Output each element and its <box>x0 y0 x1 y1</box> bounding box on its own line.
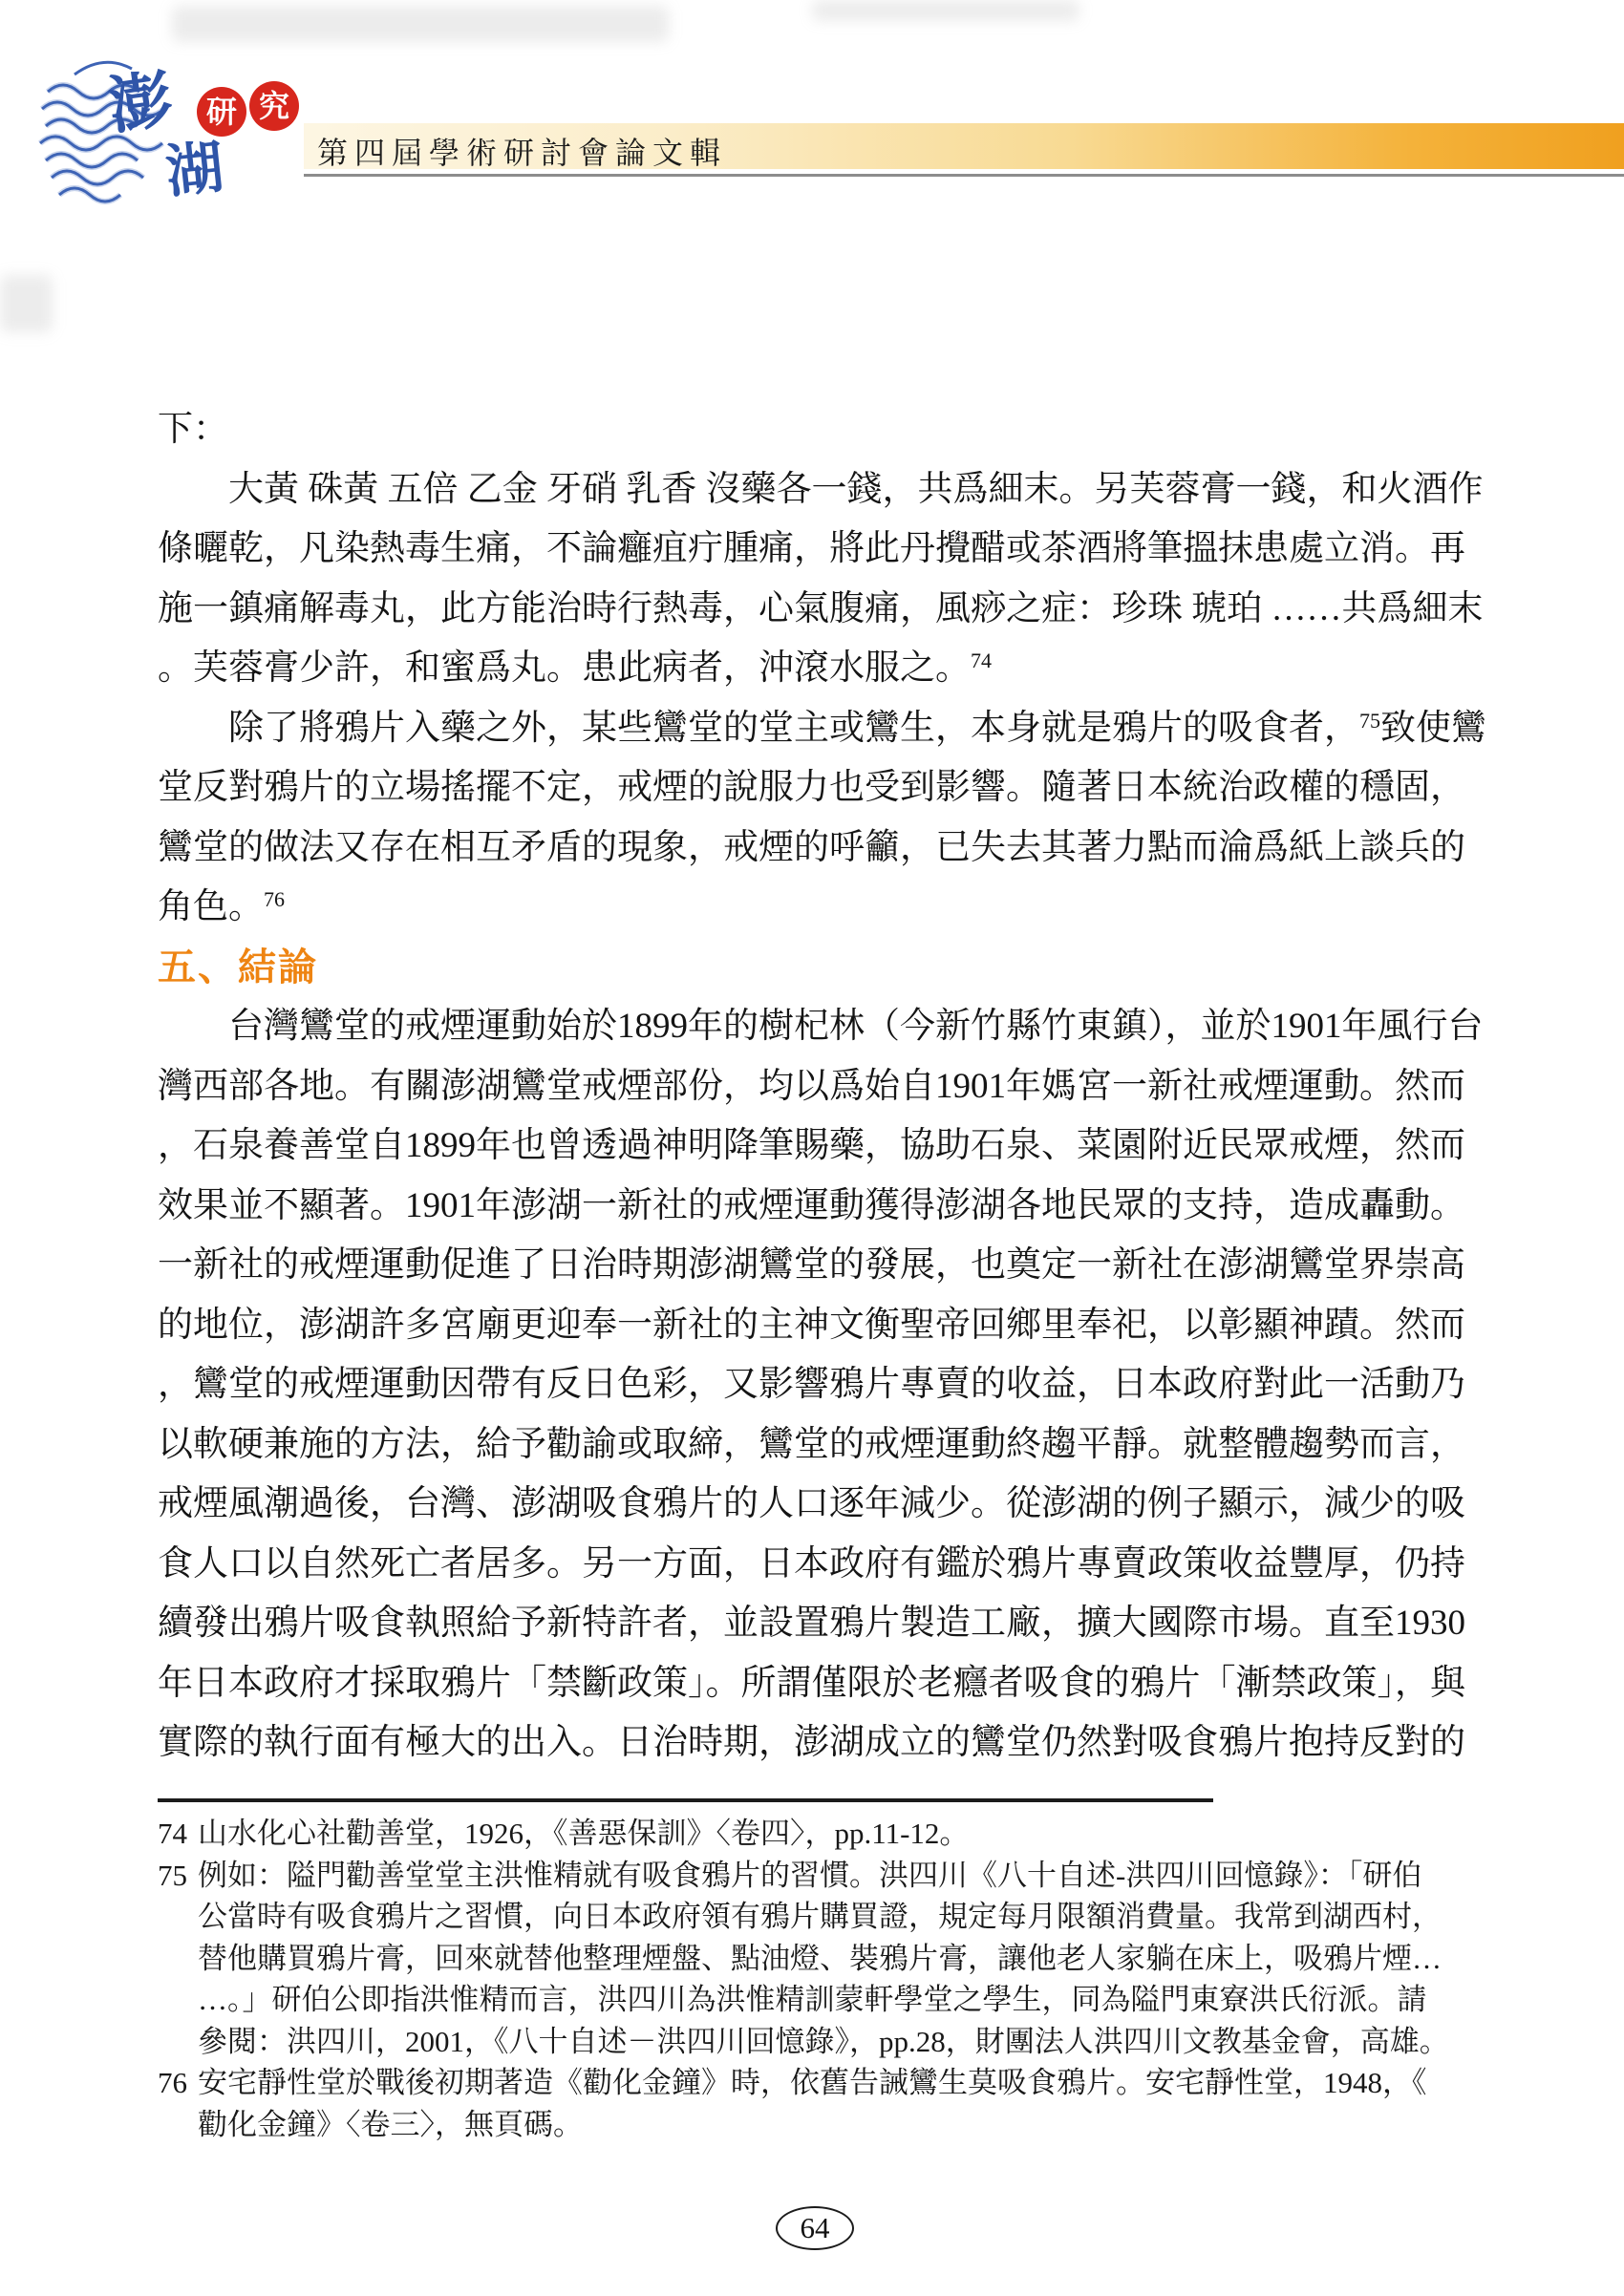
conclusion-line-9: 戒煙風潮過後，台灣、澎湖吸食鴉片的人口逐年減少。從澎湖的例子顯示，減少的吸 <box>158 1475 1481 1535</box>
footnote-76: 76 安宅靜性堂於戰後初期著造《勸化金鐘》時，依舊告誡鸞生莫吸食鴉片。安宅靜性堂… <box>158 2062 1495 2145</box>
paragraph2-line-1: 除了將鴉片入藥之外，某些鸞堂的堂主或鸞生，本身就是鴉片的吸食者，75致使鸞 <box>158 699 1481 759</box>
quote-line-4: 。芙蓉膏少許，和蜜爲丸。患此病者，沖滾水服之。74 <box>158 639 1481 699</box>
footnote-75-number: 75 <box>158 1855 198 2063</box>
paragraph2-line-1-text-b: 致使鸞 <box>1380 709 1486 748</box>
footnote-75-line-3: 替他購買鴉片膏，回來就替他整理煙盤、點油燈、裝鴉片膏，讓他老人家躺在床上，吸鴉片… <box>198 1938 1495 1980</box>
paragraph2-line-3: 鸞堂的做法又存在相互矛盾的現象，戒煙的呼籲，已失去其著力點而淪爲紙上談兵的 <box>158 818 1481 879</box>
logo-char-penghu-1: 澎 <box>104 65 177 142</box>
paragraph2-line-4-text: 角色。 <box>158 887 264 926</box>
footnote-76-line-1: 安宅靜性堂於戰後初期著造《勸化金鐘》時，依舊告誡鸞生莫吸食鴉片。安宅靜性堂，19… <box>198 2062 1495 2104</box>
penghu-research-logo: 澎 湖 研 究 <box>36 36 313 218</box>
logo-badge-yan: 研 <box>206 95 237 129</box>
quote-line-3: 施一鎮痛解毒丸，此方能治時行熱毒，心氣腹痛，風痧之症：珍珠 琥珀 ……共爲細末 <box>158 580 1481 640</box>
proceedings-title: 第四屆學術研討會論文輯 <box>317 129 727 173</box>
footnote-ref-74: 74 <box>971 648 992 672</box>
page-number-oval: 64 <box>776 2206 854 2250</box>
header-underline <box>304 174 1624 177</box>
footnote-75-line-4: …。」研伯公即指洪惟精而言，洪四川為洪惟精訓蒙軒學堂之學生，同為隘門東寮洪氏衍派… <box>198 1979 1495 2021</box>
paragraph2-line-2: 堂反對鴉片的立場搖擺不定，戒煙的說服力也受到影響。隨著日本統治政權的穩固， <box>158 758 1481 818</box>
footnote-76-line-2: 勸化金鐘》〈卷三〉，無頁碼。 <box>198 2104 1495 2146</box>
footnote-75-line-1: 例如：隘門勸善堂堂主洪惟精就有吸食鴉片的習慣。洪四川《八十自述-洪四川回憶錄》：… <box>198 1855 1495 1897</box>
intro-line: 下： <box>158 400 1481 460</box>
footnote-ref-75: 75 <box>1359 709 1380 733</box>
conclusion-line-2: 灣西部各地。有關澎湖鸞堂戒煙部份，均以爲始自1901年媽宮一新社戒煙運動。然而 <box>158 1057 1481 1117</box>
quote-line-2: 條曬乾，凡染熱毒生痛，不論癰疽疔腫痛，將此丹攪醋或茶酒將筆搵抹患處立消。再 <box>158 520 1481 580</box>
conclusion-line-4: 效果並不顯著。1901年澎湖一新社的戒煙運動獲得澎湖各地民眾的支持，造成轟動。 <box>158 1177 1481 1237</box>
footnote-ref-76: 76 <box>264 887 285 911</box>
document-page: 澎 湖 研 究 第四屆學術研討會論文輯 下： 大黃 硃黃 五倍 乙金 牙硝 乳香… <box>0 0 1624 2296</box>
footnote-74-number: 74 <box>158 1813 198 1855</box>
conclusion-line-11: 續發出鴉片吸食執照給予新特許者，並設置鴉片製造工廠，擴大國際市場。直至1930 <box>158 1594 1481 1654</box>
conclusion-line-8: 以軟硬兼施的方法，給予勸諭或取締，鸞堂的戒煙運動終趨平靜。就整體趨勢而言， <box>158 1415 1481 1476</box>
conclusion-line-5: 一新社的戒煙運動促進了日治時期澎湖鸞堂的發展，也奠定一新社在澎湖鸞堂界崇高 <box>158 1236 1481 1296</box>
footnotes-block: 74 山水化心社勸善堂，1926，《善惡保訓》〈卷四〉，pp.11-12。 75… <box>158 1813 1495 2145</box>
paragraph2-line-4: 角色。76 <box>158 878 1481 938</box>
footnote-76-number: 76 <box>158 2062 198 2145</box>
footnote-separator-rule <box>158 1798 1213 1802</box>
footnote-75-line-2: 公當時有吸食鴉片之習慣，向日本政府領有鴉片購買證，規定每月限額消費量。我常到湖西… <box>198 1896 1495 1938</box>
conclusion-line-12: 年日本政府才採取鴉片「禁斷政策」。所謂僅限於老癮者吸食的鴉片「漸禁政策」，與 <box>158 1654 1481 1714</box>
quote-line-4-text: 。芙蓉膏少許，和蜜爲丸。患此病者，沖滾水服之。 <box>158 648 971 688</box>
conclusion-line-13: 實際的執行面有極大的出入。日治時期，澎湖成立的鸞堂仍然對吸食鴉片抱持反對的 <box>158 1713 1481 1774</box>
footnote-74-line-1: 山水化心社勸善堂，1926，《善惡保訓》〈卷四〉，pp.11-12。 <box>198 1813 1495 1855</box>
logo-char-penghu-2: 湖 <box>163 136 227 204</box>
section-heading-conclusion: 五、結論 <box>158 938 1481 998</box>
logo-badge-jiu: 究 <box>259 89 289 123</box>
page-number: 64 <box>801 2211 830 2245</box>
header-banner-bar: 第四屆學術研討會論文輯 <box>304 123 1624 169</box>
conclusion-line-6: 的地位，澎湖許多宮廟更迎奉一新社的主神文衡聖帝回鄉里奉祀，以彰顯神蹟。然而 <box>158 1296 1481 1356</box>
footnote-75: 75 例如：隘門勸善堂堂主洪惟精就有吸食鴉片的習慣。洪四川《八十自述-洪四川回憶… <box>158 1855 1495 2063</box>
footnote-74: 74 山水化心社勸善堂，1926，《善惡保訓》〈卷四〉，pp.11-12。 <box>158 1813 1495 1855</box>
conclusion-line-10: 食人口以自然死亡者居多。另一方面，日本政府有鑑於鴉片專賣政策收益豐厚，仍持 <box>158 1535 1481 1595</box>
conclusion-line-1: 台灣鸞堂的戒煙運動始於1899年的樹杞林（今新竹縣竹東鎮），並於1901年風行台 <box>158 997 1481 1057</box>
scan-artifact <box>0 275 53 332</box>
main-text-column: 下： 大黃 硃黃 五倍 乙金 牙硝 乳香 沒藥各一錢，共爲細末。另芙蓉膏一錢，和… <box>158 400 1481 1774</box>
footnote-75-line-5: 參閱：洪四川，2001，《八十自述－洪四川回憶錄》，pp.28，財團法人洪四川文… <box>198 2021 1495 2063</box>
paragraph2-line-1-text-a: 除了將鴉片入藥之外，某些鸞堂的堂主或鸞生，本身就是鴉片的吸食者， <box>228 709 1359 748</box>
scan-artifact <box>812 0 1079 21</box>
conclusion-line-7: ，鸞堂的戒煙運動因帶有反日色彩，又影響鴉片專賣的收益，日本政府對此一活動乃 <box>158 1355 1481 1415</box>
quote-line-1: 大黃 硃黃 五倍 乙金 牙硝 乳香 沒藥各一錢，共爲細末。另芙蓉膏一錢，和火酒作 <box>158 460 1481 521</box>
conclusion-line-3: ，石泉養善堂自1899年也曾透過神明降筆賜藥，協助石泉、菜園附近民眾戒煙，然而 <box>158 1116 1481 1177</box>
